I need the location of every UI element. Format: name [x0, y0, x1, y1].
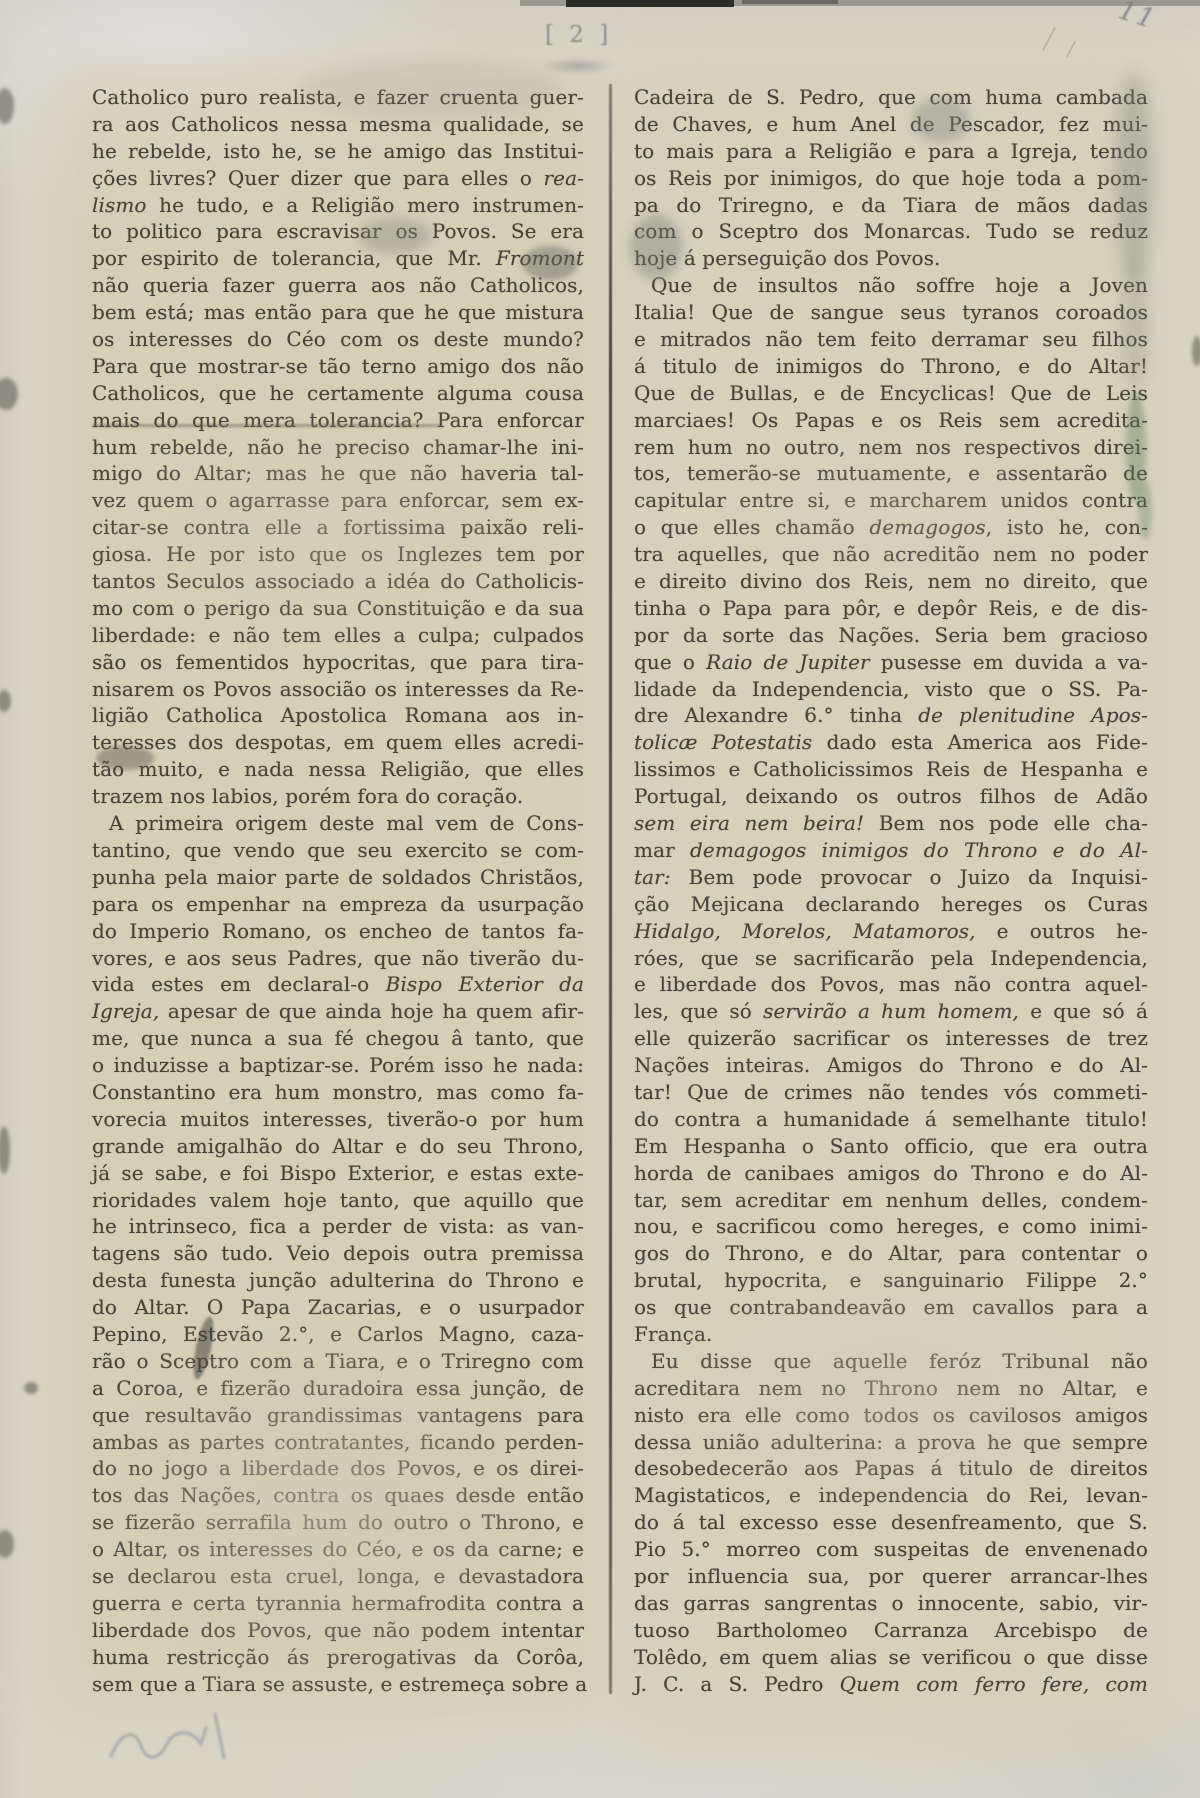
- text-line: Que de Bullas, e de Encyclicas! Que de L…: [634, 380, 1148, 407]
- text-line: ções livres? Quer dizer que para elles o…: [92, 165, 584, 192]
- text-column-right: Cadeira de S. Pedro, que com huma cambad…: [634, 84, 1148, 1697]
- text-line: tar, sem acreditar em nenhum delles, con…: [634, 1187, 1148, 1214]
- text-line: desta funesta junção adulterina do Thron…: [92, 1267, 584, 1294]
- text-line: sem que a Tiara se assuste, e estremeça …: [92, 1671, 584, 1698]
- text-line: não queria fazer guerra aos não Catholic…: [92, 272, 584, 299]
- text-line: nisarem os Povos associão os interesses …: [92, 676, 584, 703]
- text-line: tos, temerão-se mutuamente, e assentarão…: [634, 460, 1148, 487]
- text-line: to mais para a Religião e para a Igreja,…: [634, 138, 1148, 165]
- text-line: Em Hespanha o Santo officio, que era out…: [634, 1133, 1148, 1160]
- column-divider-rule: [609, 84, 612, 1694]
- scan-edge-band: [742, 0, 838, 4]
- page-number: [ 2 ]: [545, 22, 612, 48]
- pencil-stroke: [1066, 41, 1076, 58]
- text-line: dre Alexandre 6.° tinha de plenitudine A…: [634, 702, 1148, 729]
- text-line: dessa união adulterina: a prova he que s…: [634, 1429, 1148, 1456]
- text-line: lidade da Independencia, visto que o SS.…: [634, 676, 1148, 703]
- text-line: huma restricção ás prerogativas da Corôa…: [92, 1644, 584, 1671]
- document-page: [ 2 ] 11 Catholico puro realista, e faze…: [0, 0, 1200, 1798]
- text-line: Italia! Que de sangue seus tyranos coroa…: [634, 299, 1148, 326]
- text-line: já se sabe, e foi Bispo Exterior, e esta…: [92, 1160, 584, 1187]
- text-line: trazem nos labios, porém fora do coração…: [92, 783, 584, 810]
- text-line: por influencia sua, por querer arrancar-…: [634, 1563, 1148, 1590]
- text-line: tuoso Bartholomeo Carranza Arcebispo de: [634, 1617, 1148, 1644]
- text-line: rão o Sceptro com a Tiara, e o Triregno …: [92, 1348, 584, 1375]
- text-line: marciaes! Os Papas e os Reis sem acredit…: [634, 407, 1148, 434]
- text-line: les, que só servirão a hum homem, e que …: [634, 998, 1148, 1025]
- edge-speck: [0, 690, 11, 712]
- text-line: Cadeira de S. Pedro, que com huma cambad…: [634, 84, 1148, 111]
- text-line: brutal, hypocrita, e sanguinario Filippe…: [634, 1267, 1148, 1294]
- text-line: a Coroa, e fizerão duradoira essa junção…: [92, 1375, 584, 1402]
- text-line: mo com o perigo da sua Constituição e da…: [92, 595, 584, 622]
- text-column-left: Catholico puro realista, e fazer cruenta…: [92, 84, 584, 1697]
- text-line: do Altar. O Papa Zacarias, e o usurpador: [92, 1294, 584, 1321]
- text-line: se declarou esta cruel, longa, e devasta…: [92, 1563, 584, 1590]
- text-line: rioridades valem hoje tanto, que aquillo…: [92, 1187, 584, 1214]
- text-line: Que de insultos não soffre hoje a Joven: [634, 272, 1148, 299]
- text-line: á titulo de inimigos do Throno, e do Alt…: [634, 353, 1148, 380]
- text-line: he rebelde, isto he, se he amigo das Ins…: [92, 138, 584, 165]
- text-line: ra aos Catholicos nessa mesma qualidade,…: [92, 111, 584, 138]
- text-line: do no jogo a liberdade dos Povos, e os d…: [92, 1455, 584, 1482]
- text-line: Catholico puro realista, e fazer cruenta…: [92, 84, 584, 111]
- text-line: os Reis por inimigos, do que hoje toda a…: [634, 165, 1148, 192]
- text-line: tão muito, e nada nessa Religião, que el…: [92, 756, 584, 783]
- text-line: para os empenhar na empreza da usurpação: [92, 891, 584, 918]
- text-line: he intrinseco, fica a perder de vista: a…: [92, 1213, 584, 1240]
- text-line: mar demagogos inimigos do Throno e do Al…: [634, 837, 1148, 864]
- text-line: guerra e certa tyrannia hermafrodita con…: [92, 1590, 584, 1617]
- text-line: do contra a humanidade á semelhante titu…: [634, 1106, 1148, 1133]
- text-line: liberdade dos Povos, que não podem inten…: [92, 1617, 584, 1644]
- text-line: giosa. He por isto que os Inglezes tem p…: [92, 541, 584, 568]
- edge-speck: [0, 1530, 14, 1558]
- text-line: mais do que mera tolerancia? Para enforc…: [92, 407, 584, 434]
- text-line: tinha o Papa para pôr, e depôr Reis, e d…: [634, 595, 1148, 622]
- text-line: vez quem o agarrasse para enforcar, sem …: [92, 487, 584, 514]
- text-line: Para que mostrar-se tão terno amigo dos …: [92, 353, 584, 380]
- edge-speck: [0, 88, 14, 124]
- text-line: e liberdade dos Povos, mas não contra aq…: [634, 971, 1148, 998]
- text-line: nisto era elle como todos os cavilosos a…: [634, 1402, 1148, 1429]
- pencil-stroke: [1042, 27, 1056, 51]
- text-line: bem está; mas então para que he que mist…: [92, 299, 584, 326]
- text-line: vorecia muitos interesses, tiverão-o por…: [92, 1106, 584, 1133]
- text-line: tar! Que de crimes não tendes vós commet…: [634, 1079, 1148, 1106]
- text-line: teresses dos despotas, em quem elles acr…: [92, 729, 584, 756]
- text-line: do Imperio Romano, os encheo de tantos f…: [92, 918, 584, 945]
- text-line: hum rebelde, não he preciso chamar-lhe i…: [92, 434, 584, 461]
- text-line: tra aquelles, que não acreditão nem no p…: [634, 541, 1148, 568]
- text-line: por espirito de tolerancia, que Mr. From…: [92, 245, 584, 272]
- text-line: punha pela maior parte de soldados Chris…: [92, 864, 584, 891]
- text-line: tantos Seculos associado a idéa do Catho…: [92, 568, 584, 595]
- text-line: Portugal, deixando os outros filhos de A…: [634, 783, 1148, 810]
- text-line: França.: [634, 1321, 1148, 1348]
- text-line: to politico para escravisar os Povos. Se…: [92, 218, 584, 245]
- text-line: Magistaticos, e independencia do Rei, le…: [634, 1482, 1148, 1509]
- text-line: tar: Bem pode provocar o Juizo da Inquis…: [634, 864, 1148, 891]
- text-line: tantino, que vendo que seu exercito se c…: [92, 837, 584, 864]
- text-line: os que contrabandeavão em cavallos para …: [634, 1294, 1148, 1321]
- edge-speck: [24, 1382, 38, 1394]
- text-line: horda de canibaes amigos do Throno e do …: [634, 1160, 1148, 1187]
- text-line: grande amigalhão do Altar e do seu Thron…: [92, 1133, 584, 1160]
- text-line: de Chaves, e hum Anel de Pescador, fez m…: [634, 111, 1148, 138]
- text-line: Pepino, Estevão 2.°, e Carlos Magno, caz…: [92, 1321, 584, 1348]
- text-line: J. C. a S. Pedro Quem com ferro fere, co…: [634, 1671, 1148, 1698]
- text-line: os interesses do Céo com os deste mundo?: [92, 326, 584, 353]
- text-line: gos do Throno, e do Altar, para contenta…: [634, 1240, 1148, 1267]
- text-line: Constantino era hum monstro, mas como fa…: [92, 1079, 584, 1106]
- text-line: ligião Catholica Apostolica Romana aos i…: [92, 702, 584, 729]
- text-line: ção Mejicana declarando hereges os Curas: [634, 891, 1148, 918]
- text-line: tos das Nações, contra os quaes desde en…: [92, 1482, 584, 1509]
- scan-edge-band: [566, 0, 734, 7]
- text-line: por da sorte das Nações. Seria bem graci…: [634, 622, 1148, 649]
- text-line: tagens são tudo. Veio depois outra premi…: [92, 1240, 584, 1267]
- text-line: liberdade: e não tem elles a culpa; culp…: [92, 622, 584, 649]
- text-line: Igreja, apesar de que ainda hoje ha quem…: [92, 998, 584, 1025]
- text-line: citar-se contra elle a fortissima paixão…: [92, 514, 584, 541]
- text-line: lissimos e Catholicissimos Reis de Hespa…: [634, 756, 1148, 783]
- text-line: acreditara nem no Throno nem no Altar, e: [634, 1375, 1148, 1402]
- text-line: Eu disse que aquelle feróz Tribunal não: [634, 1348, 1148, 1375]
- ink-smudge: [540, 58, 614, 74]
- text-line: nou, e sacrificou como hereges, e como i…: [634, 1213, 1148, 1240]
- text-line: e mitrados não tem feito derramar seu fi…: [634, 326, 1148, 353]
- text-line: desobedecerão aos Papas á titulo de dire…: [634, 1455, 1148, 1482]
- text-line: são os fementidos hypocritas, que para t…: [92, 649, 584, 676]
- pencil-squiggle: [103, 1698, 243, 1783]
- text-line: rem hum no outro, nem nos respectivos di…: [634, 434, 1148, 461]
- edge-speck: [1192, 336, 1200, 366]
- text-line: róes, que se sacrificarão pela Independe…: [634, 945, 1148, 972]
- edge-speck: [0, 1126, 10, 1174]
- text-line: o induzisse a baptizar-se. Porém isso he…: [92, 1052, 584, 1079]
- text-line: se fizerão serrafila hum do outro o Thro…: [92, 1509, 584, 1536]
- text-line: das garras sangrentas o innocente, sabio…: [634, 1590, 1148, 1617]
- text-line: sem eira nem beira! Bem nos pode elle ch…: [634, 810, 1148, 837]
- text-line: que resultavão grandissimas vantagens pa…: [92, 1402, 584, 1429]
- text-line: com o Sceptro dos Monarcas. Tudo se redu…: [634, 218, 1148, 245]
- text-line: do á tal excesso esse desenfreamento, qu…: [634, 1509, 1148, 1536]
- text-line: Nações inteiras. Amigos do Throno e do A…: [634, 1052, 1148, 1079]
- text-line: elle quizerão sacrificar os interesses d…: [634, 1025, 1148, 1052]
- text-line: Catholicos, que he certamente alguma cou…: [92, 380, 584, 407]
- text-line: capitular entre si, e marcharem unidos c…: [634, 487, 1148, 514]
- text-line: ambas as partes contratantes, ficando pe…: [92, 1429, 584, 1456]
- text-line: Hidalgo, Morelos, Matamoros, e outros he…: [634, 918, 1148, 945]
- text-line: Pio 5.° morreo com suspeitas de envenena…: [634, 1536, 1148, 1563]
- text-line: Tolêdo, em quem alias se verificou o que…: [634, 1644, 1148, 1671]
- text-line: o que elles chamão demagogos, isto he, c…: [634, 514, 1148, 541]
- text-line: vida estes em declaral-o Bispo Exterior …: [92, 971, 584, 998]
- text-line: vores, e aos seus Padres, que não tiverã…: [92, 945, 584, 972]
- text-line: A primeira origem deste mal vem de Cons-: [92, 810, 584, 837]
- text-line: o Altar, os interesses do Céo, e os da c…: [92, 1536, 584, 1563]
- text-line: lismo he tudo, e a Religião mero instrum…: [92, 192, 584, 219]
- text-line: hoje á perseguição dos Povos.: [634, 245, 1148, 272]
- text-line: pa do Triregno, e da Tiara de mãos dadas: [634, 192, 1148, 219]
- text-line: migo do Altar; mas he que não haveria ta…: [92, 460, 584, 487]
- text-line: e direito divino dos Reis, nem no direit…: [634, 568, 1148, 595]
- edge-speck: [0, 378, 18, 410]
- text-line: me, que nunca a sua fé chegou â tanto, q…: [92, 1025, 584, 1052]
- text-line: tolicæ Potestatis dado esta America aos …: [634, 729, 1148, 756]
- text-line: que o Raio de Jupiter pusesse em duvida …: [634, 649, 1148, 676]
